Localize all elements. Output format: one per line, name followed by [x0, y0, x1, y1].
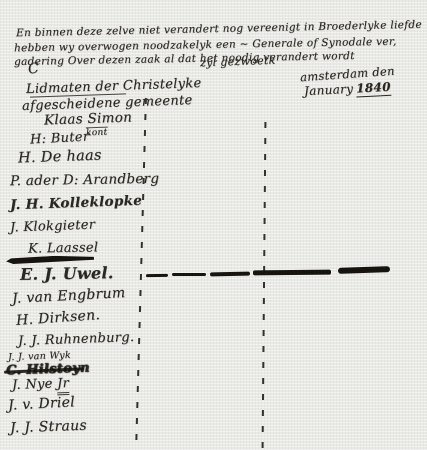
pen-flourish-mark: C	[27, 61, 40, 76]
signature-k-laassel: K. Laassel	[28, 241, 99, 255]
signature-klaas-simon: Klaas Simon	[44, 111, 133, 128]
signature-j-v-driel: J. v. Driel	[8, 395, 76, 412]
signature-h-dirksen: H. Dirksen.	[16, 308, 101, 328]
ink-strike-segment	[146, 274, 168, 277]
signature-j-klokgieter: J. Klokgieter	[10, 219, 96, 235]
signature-j-nye-suffix: Jr	[57, 376, 70, 395]
ink-strike-blob	[338, 266, 390, 274]
signature-p-arandberg: P. ader D: Arandberg	[10, 173, 160, 189]
signature-j-nye-name: J. Nye	[12, 376, 58, 393]
signature-j-van-engbrum: J. van Engbrum	[12, 286, 126, 306]
signature-j-kolleklopke: J. H. Kolleklopke	[10, 195, 143, 213]
dateline-date: January1840	[304, 81, 391, 98]
signature-j-nye: J. Nye Jr	[12, 377, 70, 392]
signature-h-buter: H: Buter	[30, 130, 90, 146]
header-line-3: gadering Over dezen zaak al dat het nood…	[14, 51, 355, 67]
signature-h-de-haas: H. De haas	[18, 149, 102, 166]
signature-j-j-straus: J. J. Straus	[10, 419, 87, 436]
ink-strike-segment	[172, 273, 206, 276]
ink-strike-segment	[210, 272, 250, 276]
fold-line-right	[262, 122, 266, 450]
manuscript-page: En binnen deze zelve niet verandert nog …	[0, 0, 427, 450]
signature-j-j-ruhnenburg: J. J. Ruhnenburg.	[18, 331, 135, 348]
header-line-4: zyl gezwoetk	[200, 55, 276, 69]
ink-strike-segment	[253, 270, 331, 275]
signature-e-j-uwel: E. J. Uwel.	[20, 265, 114, 283]
dateline-month: January	[304, 82, 354, 99]
fold-line-left	[135, 98, 146, 450]
dateline-year: 1840	[356, 80, 391, 98]
